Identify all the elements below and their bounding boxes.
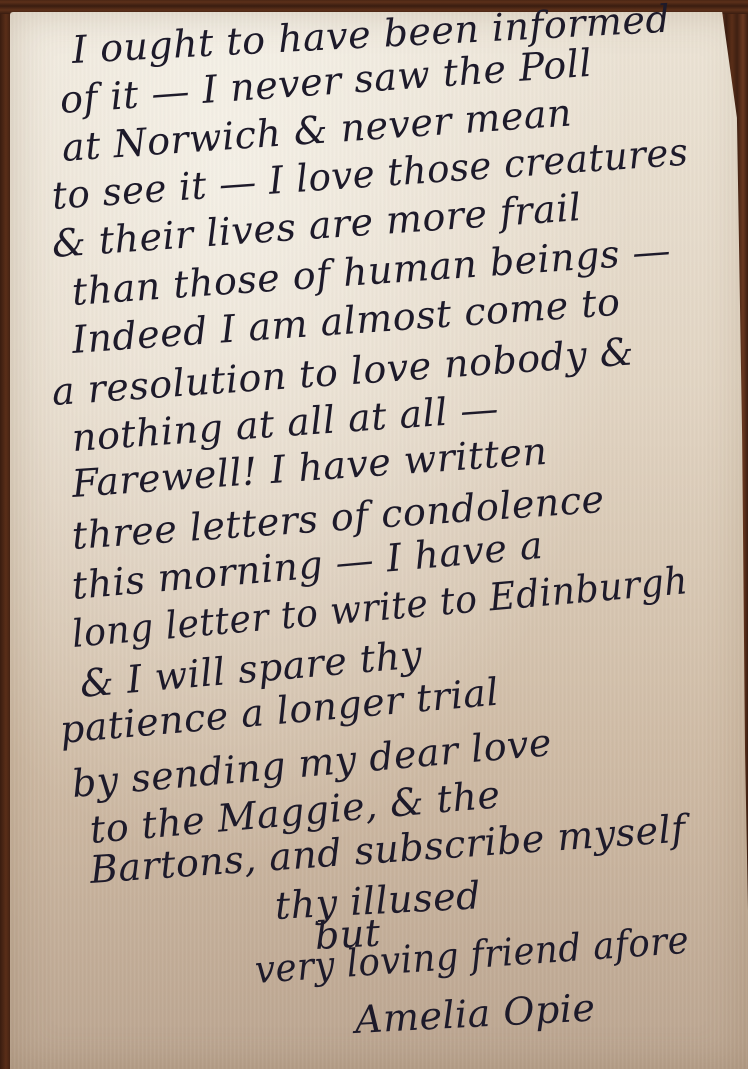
handwritten-text: I ought to have been informed of it — I … <box>0 0 748 1069</box>
signature: Amelia Opie <box>354 985 597 1042</box>
